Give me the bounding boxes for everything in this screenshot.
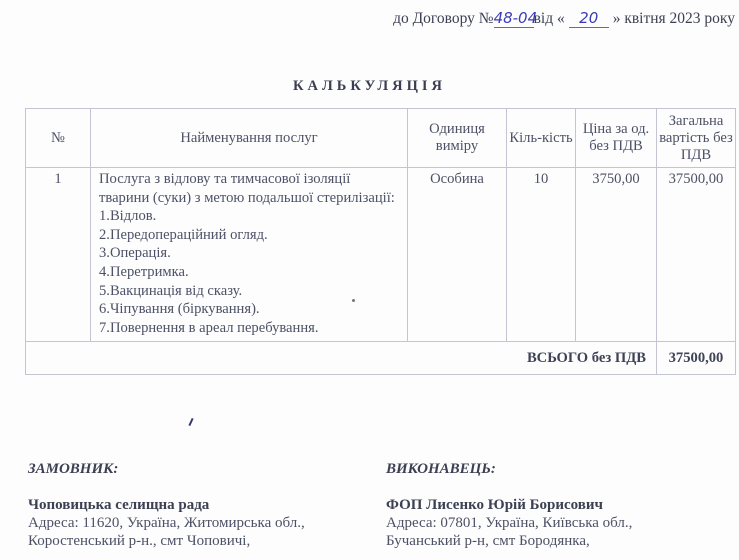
customer-block: ЗАМОВНИК: Чоповицька селищна рада Адреса… (28, 460, 305, 550)
header-total-cost: Загальна вартість без ПДВ (657, 109, 736, 168)
service-step: 6.Чіпування (біркування). (99, 300, 401, 319)
header-unit-text: Одиниця виміру (429, 121, 485, 154)
header-quantity: Кіль-кість (507, 109, 576, 168)
service-step: 2.Передопераційний огляд. (99, 226, 401, 245)
row-unit: Особина (408, 168, 507, 342)
contract-number-handwritten: 48-04 (494, 9, 534, 28)
service-step: 7.Повернення в ареал перебування. (99, 319, 401, 338)
contractor-name: ФОП Лисенко Юрій Борисович (386, 496, 632, 514)
contract-ref-prefix: до Договору № (393, 10, 493, 27)
customer-address-line-1: Адреса: 11620, Україна, Житомирська обл.… (28, 514, 305, 532)
table-row: 1 Послуга з відлову та тимчасової ізоляц… (26, 168, 736, 342)
row-number: 1 (26, 168, 91, 342)
customer-name: Чоповицька селищна рада (28, 496, 305, 514)
header-service-name: Найменування послуг (91, 109, 408, 168)
row-description: Послуга з відлову та тимчасової ізоляції… (91, 168, 408, 342)
calculation-table: № Найменування послуг Одиниця виміру Кіл… (25, 108, 736, 375)
header-number: № (26, 109, 91, 168)
document-title: КАЛЬКУЛЯЦІЯ (0, 78, 739, 95)
service-step: 1.Відлов. (99, 207, 401, 226)
pen-mark (188, 418, 193, 426)
header-unit-price: Ціна за од. без ПДВ (576, 109, 657, 168)
scan-speck (352, 299, 355, 302)
contract-reference: до Договору №48-04від «20» квітня 2023 р… (393, 9, 735, 28)
contract-ref-from: від « (534, 10, 565, 27)
contract-day-handwritten: 20 (569, 9, 609, 28)
header-unit: Одиниця виміру (408, 109, 507, 168)
total-label: ВСЬОГО без ПДВ (26, 342, 657, 375)
contractor-address-line-2: Бучанський р-н, смт Бородянка, (386, 532, 632, 550)
contractor-address-line-1: Адреса: 07801, Україна, Київська обл., (386, 514, 632, 532)
header-quantity-text: Кіль-кість (509, 130, 572, 146)
contractor-role: ВИКОНАВЕЦЬ: (386, 460, 632, 478)
total-row: ВСЬОГО без ПДВ 37500,00 (26, 342, 736, 375)
customer-address-line-2: Коростенський р-н., смт Чоповичі, (28, 532, 305, 550)
contractor-block: ВИКОНАВЕЦЬ: ФОП Лисенко Юрій Борисович А… (386, 460, 632, 550)
service-step: 4.Перетримка. (99, 263, 401, 282)
service-step: 5.Вакцинація від сказу. (99, 282, 401, 301)
table-header-row: № Найменування послуг Одиниця виміру Кіл… (26, 109, 736, 168)
service-description: Послуга з відлову та тимчасової ізоляції… (99, 170, 401, 207)
row-total: 37500,00 (657, 168, 736, 342)
row-unit-price: 3750,00 (576, 168, 657, 342)
customer-role: ЗАМОВНИК: (28, 460, 305, 478)
service-step: 3.Операція. (99, 244, 401, 263)
contract-ref-suffix: » квітня 2023 року (613, 10, 735, 27)
row-quantity: 10 (507, 168, 576, 342)
total-value: 37500,00 (657, 342, 736, 375)
